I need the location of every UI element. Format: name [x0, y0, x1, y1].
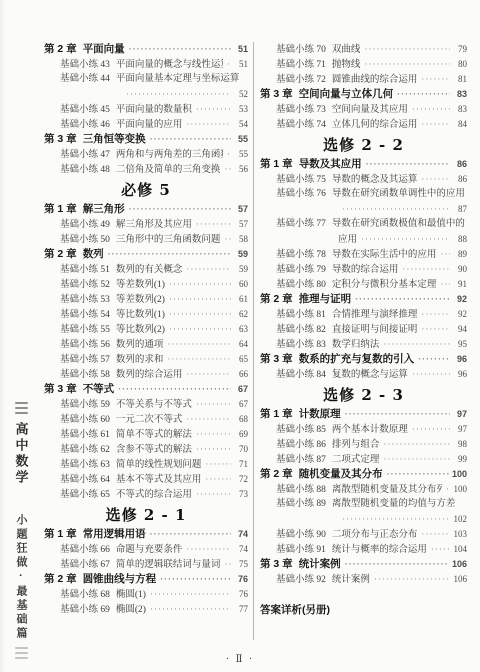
- toc-item-continuation-row: 52: [44, 87, 248, 102]
- toc-item-row: 基础小练 84复数的概念与运算96: [260, 367, 467, 382]
- chapter-title: 随机变量及其分布: [299, 467, 383, 482]
- dot-leader: [205, 457, 231, 473]
- item-label: 基础小练 49: [60, 218, 110, 233]
- item-label: 基础小练 85: [276, 423, 326, 438]
- item-title: 不等式的综合运用: [116, 488, 192, 503]
- item-title: 导数在研究函数极值和最值中的: [332, 217, 465, 232]
- toc-item-row: 基础小练 80定积分与微积分基本定理91: [260, 277, 467, 292]
- item-title: 双曲线: [332, 43, 361, 58]
- chapter-title: 解三角形: [83, 202, 125, 217]
- item-title: 三角形中的三角函数问题: [116, 233, 221, 248]
- page-ref: 55: [234, 132, 248, 147]
- item-title: 抛物线: [332, 58, 361, 73]
- item-label: 基础小练 50: [60, 233, 110, 248]
- page-ref: 106: [452, 557, 467, 572]
- dot-leader: [196, 442, 231, 458]
- item-title: 基本不等式及其应用: [116, 473, 202, 488]
- item-title: 平面向量的应用: [116, 118, 183, 133]
- dot-leader: [167, 337, 231, 353]
- dot-leader: [150, 602, 231, 618]
- dot-leader: [169, 277, 231, 293]
- page-ref: 58: [234, 232, 248, 247]
- part-header: 必修 5: [44, 180, 248, 200]
- toc-item-row: 基础小练 81合情推理与演绎推理92: [260, 307, 467, 322]
- item-label: 基础小练 65: [60, 488, 110, 503]
- toc-item-continuation-row: 87: [260, 202, 467, 217]
- item-label: 基础小练 79: [276, 263, 326, 278]
- chapter-label: 第 3 章: [260, 352, 293, 367]
- chapter-label: 第 2 章: [44, 42, 77, 57]
- item-title: 两个基本计数原理: [332, 423, 408, 438]
- item-label: 基础小练 92: [276, 573, 326, 588]
- dot-leader: [224, 232, 231, 248]
- toc-chapter-row: 第 3 章不等式67: [44, 382, 248, 397]
- toc-column-left: 第 2 章平面向量51基础小练 43平面向量的概念与线性运算51基础小练 44平…: [44, 42, 248, 640]
- dot-leader: [108, 247, 231, 262]
- dot-leader: [383, 437, 450, 453]
- item-label: 基础小练 63: [60, 458, 110, 473]
- page-ref: 100: [452, 467, 467, 482]
- toc-chapter-row: 第 3 章数系的扩充与复数的引入96: [260, 352, 467, 367]
- chapter-title: 导数及其应用: [299, 157, 362, 172]
- toc-item-row: 基础小练 49解三角形及其应用57: [44, 217, 248, 232]
- toc-item-row: 基础小练 52等差数列(1)60: [44, 277, 248, 292]
- dot-leader: [205, 472, 231, 488]
- chapter-title: 计数原理: [299, 407, 341, 422]
- item-title: 数列的求和: [116, 353, 164, 368]
- item-label: 基础小练 66: [60, 543, 110, 558]
- page-ref: 79: [453, 42, 467, 57]
- page-ref: 87: [453, 202, 467, 217]
- toc-item-row: 基础小练 76导数在研究函数单调性中的应用: [260, 187, 467, 202]
- dot-leader: [421, 322, 450, 338]
- item-label: 基础小练 47: [60, 148, 110, 163]
- dot-leader: [431, 542, 450, 558]
- page-ref: 51: [234, 42, 248, 57]
- page-ref: 95: [453, 337, 467, 352]
- item-title: 简单的线性规划问题: [116, 458, 202, 473]
- toc-item-row: 基础小练 55等比数列(2)63: [44, 322, 248, 337]
- page-ref: 70: [234, 442, 248, 457]
- page-ref: 84: [453, 117, 467, 132]
- page-ref: 96: [453, 367, 467, 382]
- page-ref: 76: [234, 572, 248, 587]
- toc-chapter-row: 第 3 章统计案例106: [260, 557, 467, 572]
- toc-item-row: 基础小练 89离散型随机变量的均值与方差: [260, 497, 467, 512]
- page-ref: 88: [453, 232, 467, 247]
- toc-item-row: 基础小练 75导数的概念及其运算86: [260, 172, 467, 187]
- toc-chapter-row: 第 2 章数列59: [44, 247, 248, 262]
- page-ref: 97: [453, 422, 467, 437]
- chapter-label: 第 1 章: [44, 202, 77, 217]
- item-title: 数学归纳法: [332, 338, 380, 353]
- page-ref: 81: [453, 72, 467, 87]
- item-label: 基础小练 76: [276, 187, 326, 202]
- dot-leader: [129, 202, 231, 217]
- dot-leader: [402, 262, 450, 278]
- item-label: 基础小练 58: [60, 368, 110, 383]
- toc-item-row: 基础小练 45平面向量的数量积53: [44, 102, 248, 117]
- page-ref: 60: [234, 277, 248, 292]
- toc-item-row: 基础小练 58数列的综合运用66: [44, 367, 248, 382]
- page-ref: 74: [234, 527, 248, 542]
- toc-item-row: 基础小练 64基本不等式及其应用72: [44, 472, 248, 487]
- page-ref: 57: [234, 202, 248, 217]
- item-label: 基础小练 71: [276, 58, 326, 73]
- dot-leader: [418, 352, 450, 367]
- toc-content: 第 2 章平面向量51基础小练 43平面向量的概念与线性运算51基础小练 44平…: [44, 42, 467, 640]
- page-ref: 76: [234, 587, 248, 602]
- chapter-title: 数系的扩充与复数的引入: [299, 352, 415, 367]
- chapter-label: 第 3 章: [44, 382, 77, 397]
- item-label: 基础小练 80: [276, 278, 326, 293]
- item-label: 基础小练 68: [60, 588, 110, 603]
- toc-item-row: 基础小练 88离散型随机变量及其分布列100: [260, 482, 467, 497]
- page-ref: 104: [453, 542, 467, 557]
- toc-chapter-row: 第 2 章推理与证明92: [260, 292, 467, 307]
- item-title: 统计案例: [332, 573, 370, 588]
- toc-item-row: 基础小练 59不等关系与不等式67: [44, 397, 248, 412]
- page-ref: 83: [453, 87, 467, 102]
- page-ref: 51: [234, 57, 248, 72]
- item-title: 数列的综合运用: [116, 368, 183, 383]
- dot-leader: [397, 87, 450, 102]
- toc-chapter-row: 第 2 章平面向量51: [44, 42, 248, 57]
- part-header: 选修 2 - 1: [44, 505, 248, 525]
- page-ref: 86: [453, 172, 467, 187]
- toc-item-row: 基础小练 48二倍角及简单的三角变换56: [44, 162, 248, 177]
- page-ref: 103: [453, 527, 467, 542]
- item-label: 基础小练 86: [276, 438, 326, 453]
- toc-item-row: 基础小练 79导数的综合运用90: [260, 262, 467, 277]
- page-ref: 59: [234, 247, 248, 262]
- toc-item-row: 基础小练 50三角形中的三角函数问题58: [44, 232, 248, 247]
- item-title: 简单不等式的解法: [116, 428, 192, 443]
- item-label: 基础小练 91: [276, 543, 326, 558]
- item-label: 基础小练 90: [276, 528, 326, 543]
- page-ref: 102: [453, 512, 467, 527]
- part-header: 选修 2 - 2: [260, 135, 467, 155]
- item-label: 基础小练 77: [276, 217, 326, 232]
- toc-item-row: 基础小练 47两角和与两角差的三角函数55: [44, 147, 248, 162]
- page-ref: 61: [234, 292, 248, 307]
- dot-leader: [366, 157, 450, 172]
- toc-column-right: 基础小练 70双曲线79基础小练 71抛物线80基础小练 72圆锥曲线的综合运用…: [254, 42, 467, 640]
- item-label: 基础小练 72: [276, 73, 326, 88]
- item-label: 基础小练 46: [60, 118, 110, 133]
- chapter-title: 平面向量: [83, 42, 125, 57]
- item-title: 含参不等式的解法: [116, 443, 192, 458]
- dot-leader: [345, 557, 449, 572]
- item-title: 解三角形及其应用: [116, 218, 192, 233]
- page-ref: 96: [453, 352, 467, 367]
- item-title: 定积分与微积分基本定理: [332, 278, 437, 293]
- item-label: 基础小练 78: [276, 248, 326, 263]
- item-label: 基础小练 74: [276, 118, 326, 133]
- dot-leader: [440, 277, 450, 293]
- dot-leader: [169, 307, 231, 323]
- page-ref: 86: [453, 157, 467, 172]
- toc-item-row: 基础小练 87二项式定理99: [260, 452, 467, 467]
- page-ref: 56: [234, 162, 248, 177]
- toc-item-row: 基础小练 72圆锥曲线的综合运用81: [260, 72, 467, 87]
- item-label: 基础小练 70: [276, 43, 326, 58]
- dot-leader: [421, 527, 450, 543]
- dot-leader: [227, 147, 231, 163]
- toc-item-row: 基础小练 66命题与充要条件74: [44, 542, 248, 557]
- dot-leader: [355, 292, 450, 307]
- toc-item-row: 基础小练 78导数在实际生活中的应用89: [260, 247, 467, 262]
- book-spine: 高中数学 小题狂做·最基础篇: [8, 398, 34, 663]
- chapter-label: 第 1 章: [260, 157, 293, 172]
- item-title: 导数在实际生活中的应用: [332, 248, 437, 263]
- part-header: 选修 2 - 3: [260, 385, 467, 405]
- spine-decoration-top: [15, 402, 28, 414]
- item-label: 基础小练 56: [60, 338, 110, 353]
- dot-leader: [196, 397, 231, 413]
- chapter-label: 第 2 章: [44, 247, 77, 262]
- item-title: 离散型随机变量及其分布列: [332, 483, 442, 498]
- page-ref: 97: [453, 407, 467, 422]
- item-label: 基础小练 53: [60, 293, 110, 308]
- toc-chapter-row: 第 3 章空间向量与立体几何83: [260, 87, 467, 102]
- item-label: 基础小练 69: [60, 603, 110, 618]
- page-ref: 63: [234, 322, 248, 337]
- item-title: 一元二次不等式: [116, 413, 183, 428]
- chapter-title: 空间向量与立体几何: [299, 87, 394, 102]
- item-label: 基础小练 54: [60, 308, 110, 323]
- page-ref: 67: [234, 382, 248, 397]
- page-ref: 57: [234, 217, 248, 232]
- item-title: 平面向量的概念与线性运算: [116, 58, 223, 73]
- dot-leader: [129, 42, 231, 57]
- item-title: 圆锥曲线的综合运用: [332, 73, 418, 88]
- page-ref: 89: [453, 247, 467, 262]
- toc-item-continuation-row: 应用88: [260, 232, 467, 247]
- dot-leader: [387, 467, 449, 482]
- dot-leader: [364, 42, 450, 58]
- dot-leader: [186, 262, 231, 278]
- toc-item-row: 基础小练 67简单的逻辑联结词与量词75: [44, 557, 248, 572]
- chapter-label: 第 2 章: [44, 572, 77, 587]
- item-title: 导数的综合运用: [332, 263, 399, 278]
- item-title-continued: 应用: [338, 233, 357, 248]
- item-title: 导数在研究函数单调性中的应用: [332, 187, 465, 202]
- chapter-title: 常用逻辑用语: [83, 527, 146, 542]
- dot-leader: [196, 102, 231, 118]
- item-label: 基础小练 52: [60, 278, 110, 293]
- toc-chapter-row: 第 1 章计数原理97: [260, 407, 467, 422]
- item-label: 基础小练 81: [276, 308, 326, 323]
- chapter-label: 第 2 章: [260, 292, 293, 307]
- item-label: 基础小练 43: [60, 58, 110, 73]
- page-ref: 54: [234, 117, 248, 132]
- item-label: 基础小练 67: [60, 558, 110, 573]
- toc-item-row: 基础小练 63简单的线性规划问题71: [44, 457, 248, 472]
- toc-item-row: 基础小练 69椭圆(2)77: [44, 602, 248, 617]
- dot-leader: [412, 102, 450, 118]
- item-title: 直接证明与间接证明: [332, 323, 418, 338]
- item-title: 二项分布与正态分布: [332, 528, 418, 543]
- toc-item-row: 基础小练 92统计案例106: [260, 572, 467, 587]
- item-label: 基础小练 62: [60, 443, 110, 458]
- dot-leader: [345, 407, 450, 422]
- toc-item-row: 基础小练 70双曲线79: [260, 42, 467, 57]
- dot-leader: [374, 572, 450, 588]
- toc-item-row: 基础小练 65不等式的综合运用73: [44, 487, 248, 502]
- item-label: 基础小练 51: [60, 263, 110, 278]
- dot-leader: [224, 162, 231, 178]
- page-ref: 53: [234, 102, 248, 117]
- toc-item-row: 基础小练 85两个基本计数原理97: [260, 422, 467, 437]
- toc-item-row: 基础小练 82直接证明与间接证明94: [260, 322, 467, 337]
- dot-leader: [412, 422, 450, 438]
- spine-subtitle: 小题狂做·最基础篇: [13, 514, 29, 641]
- chapter-title: 不等式: [83, 382, 115, 397]
- dot-leader: [342, 512, 450, 528]
- item-label: 基础小练 44: [60, 72, 110, 87]
- item-title: 平面向量的数量积: [116, 103, 192, 118]
- toc-item-row: 基础小练 60一元二次不等式68: [44, 412, 248, 427]
- page-ref: 92: [453, 292, 467, 307]
- item-label: 基础小练 75: [276, 173, 326, 188]
- dot-leader: [186, 412, 231, 428]
- chapter-title: 圆锥曲线与方程: [83, 572, 157, 587]
- item-title: 离散型随机变量的均值与方差: [332, 497, 456, 512]
- page-ref: 80: [453, 57, 467, 72]
- item-label: 基础小练 82: [276, 323, 326, 338]
- dot-leader: [421, 72, 450, 88]
- page-ref: 92: [453, 307, 467, 322]
- toc-item-row: 基础小练 74立体几何的综合运用84: [260, 117, 467, 132]
- page-ref: 59: [234, 262, 248, 277]
- chapter-title: 统计案例: [299, 557, 341, 572]
- page-ref: 74: [234, 542, 248, 557]
- dot-leader: [160, 572, 231, 587]
- page-ref: 62: [234, 307, 248, 322]
- dot-leader: [421, 117, 450, 133]
- chapter-title: 三角恒等变换: [83, 132, 146, 147]
- item-label: 基础小练 60: [60, 413, 110, 428]
- item-title: 合情推理与演绎推理: [332, 308, 418, 323]
- page-ref: 73: [234, 487, 248, 502]
- item-label: 基础小练 84: [276, 368, 326, 383]
- chapter-label: 第 3 章: [44, 132, 77, 147]
- toc-item-row: 基础小练 57数列的求和65: [44, 352, 248, 367]
- item-title: 复数的概念与运算: [332, 368, 408, 383]
- item-title: 统计与概率的综合运用: [332, 543, 427, 558]
- toc-item-row: 基础小练 46平面向量的应用54: [44, 117, 248, 132]
- toc-item-row: 基础小练 54等比数列(1)62: [44, 307, 248, 322]
- toc-page: 高中数学 小题狂做·最基础篇 第 2 章平面向量51基础小练 43平面向量的概念…: [0, 0, 480, 672]
- dot-leader: [196, 217, 231, 233]
- dot-leader: [227, 57, 231, 73]
- dot-leader: [412, 367, 450, 383]
- item-title: 椭圆(1): [116, 588, 146, 603]
- dot-leader: [169, 322, 231, 338]
- page-ref: 71: [234, 457, 248, 472]
- page-ref: 91: [453, 277, 467, 292]
- item-label: 基础小练 83: [276, 338, 326, 353]
- page-ref: 98: [453, 437, 467, 452]
- toc-item-row: 基础小练 62含参不等式的解法70: [44, 442, 248, 457]
- toc-item-row: 基础小练 71抛物线80: [260, 57, 467, 72]
- dot-leader: [421, 307, 450, 323]
- toc-item-row: 基础小练 43平面向量的概念与线性运算51: [44, 57, 248, 72]
- chapter-title: 推理与证明: [299, 292, 352, 307]
- dot-leader: [118, 382, 231, 397]
- toc-chapter-row: 第 1 章常用逻辑用语74: [44, 527, 248, 542]
- dot-leader: [186, 117, 231, 133]
- item-title: 平面向量基本定理与坐标运算: [116, 72, 240, 87]
- chapter-label: 第 2 章: [260, 467, 293, 482]
- page-ref: 83: [453, 102, 467, 117]
- item-title: 不等关系与不等式: [116, 398, 192, 413]
- item-title: 立体几何的综合运用: [332, 118, 418, 133]
- item-title: 等比数列(1): [116, 308, 165, 323]
- item-title: 简单的逻辑联结词与量词: [116, 558, 221, 573]
- page-ref: 52: [234, 87, 248, 102]
- toc-chapter-row: 第 2 章圆锥曲线与方程76: [44, 572, 248, 587]
- dot-leader: [361, 232, 450, 248]
- item-title: 二倍角及简单的三角变换: [116, 163, 221, 178]
- dot-leader: [446, 482, 450, 498]
- chapter-label: 第 1 章: [44, 527, 77, 542]
- page-ref: 72: [234, 472, 248, 487]
- page-ref: 94: [453, 322, 467, 337]
- page-ref: 65: [234, 352, 248, 367]
- dot-leader: [421, 172, 450, 188]
- item-label: 基础小练 89: [276, 497, 326, 512]
- item-title: 等比数列(2): [116, 323, 165, 338]
- toc-item-continuation-row: 102: [260, 512, 467, 527]
- dot-leader: [440, 247, 450, 263]
- item-title: 等差数列(1): [116, 278, 165, 293]
- toc-item-row: 基础小练 83数学归纳法95: [260, 337, 467, 352]
- item-label: 基础小练 48: [60, 163, 110, 178]
- chapter-label: 第 3 章: [260, 87, 293, 102]
- page-ref: 75: [234, 557, 248, 572]
- item-label: 基础小练 55: [60, 323, 110, 338]
- page-ref: 67: [234, 397, 248, 412]
- dot-leader: [342, 202, 450, 218]
- toc-item-row: 基础小练 51数列的有关概念59: [44, 262, 248, 277]
- toc-item-row: 基础小练 73空间向量及其应用83: [260, 102, 467, 117]
- toc-item-row: 基础小练 53等差数列(2)61: [44, 292, 248, 307]
- dot-leader: [196, 487, 231, 503]
- item-title: 排列与组合: [332, 438, 380, 453]
- page-ref: 77: [234, 602, 248, 617]
- page-ref: 106: [453, 572, 467, 587]
- dot-leader: [364, 57, 450, 73]
- page-ref: 90: [453, 262, 467, 277]
- toc-item-row: 基础小练 91统计与概率的综合运用104: [260, 542, 467, 557]
- dot-leader: [383, 337, 450, 353]
- dot-leader: [224, 557, 231, 573]
- dot-leader: [150, 527, 231, 542]
- item-label: 基础小练 57: [60, 353, 110, 368]
- toc-chapter-row: 第 1 章解三角形57: [44, 202, 248, 217]
- item-title: 数列的通项: [116, 338, 164, 353]
- chapter-label: 第 3 章: [260, 557, 293, 572]
- page-ref: 66: [234, 367, 248, 382]
- item-label: 基础小练 73: [276, 103, 326, 118]
- page-ref: 69: [234, 427, 248, 442]
- item-label: 基础小练 59: [60, 398, 110, 413]
- item-title: 空间向量及其应用: [332, 103, 408, 118]
- dot-leader: [186, 367, 231, 383]
- dot-leader: [167, 352, 231, 368]
